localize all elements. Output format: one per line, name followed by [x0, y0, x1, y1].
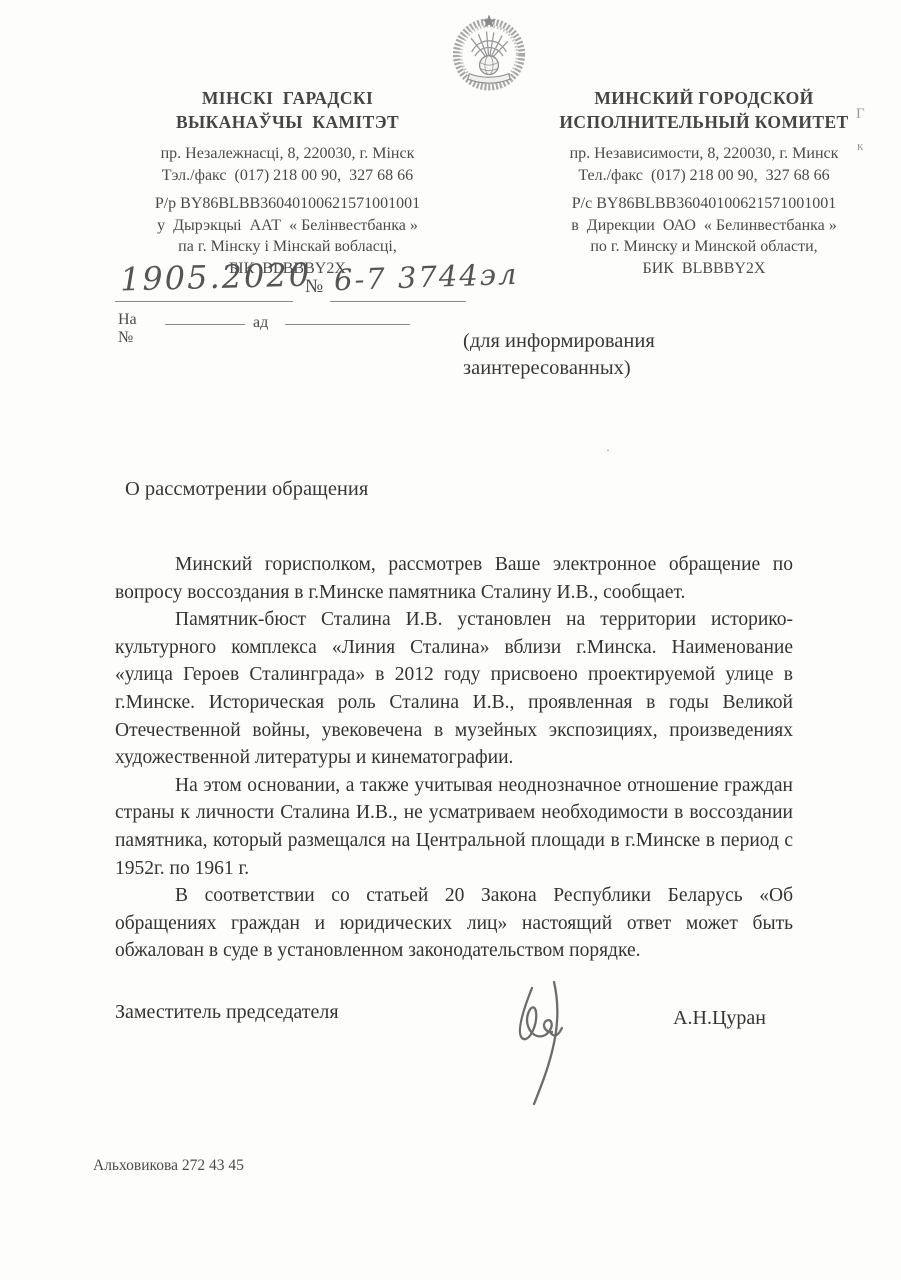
- address-line: пр. Независимости, 8, 220030, г. Минск: [518, 143, 890, 165]
- org-title-ru-line2: ИСПОЛНИТЕЛЬНЫЙ КОМИТЕТ: [518, 110, 890, 134]
- letterhead-russian: МИНСКИЙ ГОРОДСКОЙ ИСПОЛНИТЕЛЬНЫЙ КОМИТЕТ…: [518, 86, 890, 279]
- org-title-ru-line1: МИНСКИЙ ГОРОДСКОЙ: [518, 86, 890, 110]
- paragraph-2: Памятник-бюст Сталина И.В. установлен на…: [115, 606, 793, 772]
- scan-artifact-dot: ·: [606, 443, 610, 458]
- paragraph-4: В соответствии со статьей 20 Закона Респ…: [115, 882, 793, 965]
- org-title-by-line2: ВЫКАНАЎЧЫ КАМІТЭТ: [105, 110, 470, 134]
- bank-line: в Дирекции ОАО « Белинвестбанка »: [518, 215, 890, 237]
- letter-body: Минский горисполком, рассмотрев Ваше эле…: [115, 551, 793, 965]
- letterhead-belarusian: МІНСКІ ГАРАДСКІ ВЫКАНАЎЧЫ КАМІТЭТ пр. Не…: [105, 86, 470, 279]
- paragraph-1: Минский горисполком, рассмотрев Ваше эле…: [115, 551, 793, 606]
- paragraph-3: На этом основании, а также учитывая неод…: [115, 772, 793, 882]
- account-line: Р/р BY86BLBB36040100621571001001: [105, 193, 470, 215]
- bik-line: БИК BLBBBY2X: [518, 258, 890, 280]
- signer-position: Заместитель председателя: [115, 1001, 339, 1024]
- ad-date-label: ад: [253, 314, 268, 332]
- scanned-letter-page: МІНСКІ ГАРАДСКІ ВЫКАНАЎЧЫ КАМІТЭТ пр. Не…: [0, 0, 901, 1280]
- address-line: пр. Незалежнасці, 8, 220030, г. Мінск: [105, 143, 470, 165]
- belarus-coat-of-arms-icon: [448, 13, 530, 91]
- scan-artifact-glyph: к: [857, 138, 863, 154]
- bank-region-line: по г. Минску и Минской области,: [518, 236, 890, 258]
- incoming-number-blank: [165, 287, 245, 325]
- addressee-note-line1: (для информирования: [463, 328, 655, 355]
- executor-contact: Альховикова 272 43 45: [93, 1157, 244, 1175]
- bank-line: у Дырэкцыі ААТ « Белінвестбанка »: [105, 215, 470, 237]
- org-title-by-line1: МІНСКІ ГАРАДСКІ: [105, 86, 470, 110]
- bank-region-line: па г. Мінску і Мінскай вобласці,: [105, 236, 470, 258]
- handwritten-signature: [498, 974, 593, 1109]
- incoming-date-blank: [285, 287, 410, 325]
- account-line: Р/с BY86BLBB36040100621571001001: [518, 193, 890, 215]
- subject-line: О рассмотрении обращения: [125, 478, 368, 501]
- signer-name: А.Н.Цуран: [673, 1007, 766, 1030]
- scan-artifact-glyph: Г: [856, 106, 865, 123]
- phone-line: Тэл./факс (017) 218 00 90, 327 68 66: [105, 165, 470, 187]
- phone-line: Тел./факс (017) 218 00 90, 327 68 66: [518, 165, 890, 187]
- addressee-note: (для информирования заинтересованных): [463, 328, 655, 382]
- addressee-note-line2: заинтересованных): [463, 355, 655, 382]
- na-number-label: На №: [118, 311, 137, 347]
